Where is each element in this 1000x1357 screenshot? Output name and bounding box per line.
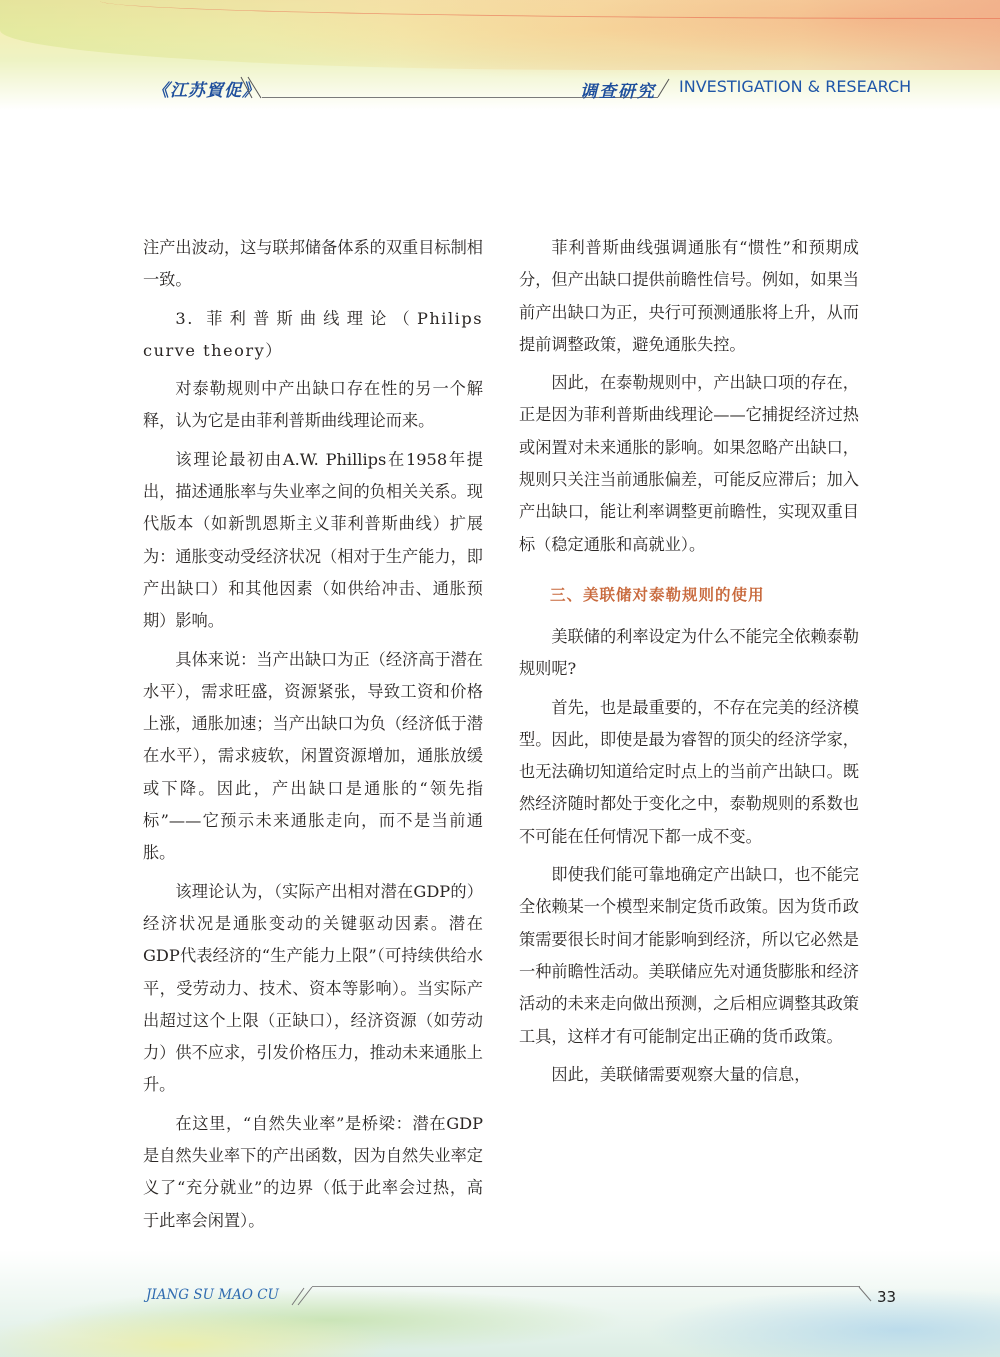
paragraph: 具体来说：当产出缺口为正（经济高于潜在水平），需求旺盛，资源紧张，导致工资和价格… (143, 644, 483, 870)
page-header: 《江苏貿促》 调查研究 INVESTIGATION & RESEARCH (0, 0, 1000, 110)
double-slash-icon (240, 76, 262, 100)
paragraph: 因此，在泰勒规则中，产出缺口项的存在，正是因为菲利普斯曲线理论——它捕捉经济过热… (519, 367, 859, 561)
paragraph: 该理论最初由A.W. Phillips在1958年提出，描述通胀率与失业率之间的… (143, 444, 483, 638)
footer-rule (312, 1286, 860, 1287)
paragraph: 即使我们能可靠地确定产出缺口，也不能完全依赖某一个模型来制定货币政策。因为货币政… (519, 859, 859, 1053)
slash-icon (858, 1286, 872, 1302)
paragraph: 因此，美联储需要观察大量的信息， (519, 1059, 859, 1091)
paragraph: 在这里，“自然失业率”是桥梁：潜在GDP是自然失业率下的产出函数，因为自然失业率… (143, 1108, 483, 1237)
paragraph: 对泰勒规则中产出缺口存在性的另一个解释，认为它是由菲利普斯曲线理论而来。 (143, 373, 483, 438)
right-column: 菲利普斯曲线强调通胀有“惯性”和预期成分，但产出缺口提供前瞻性信号。例如，如果当… (519, 232, 859, 1097)
paragraph: 美联储的利率设定为什么不能完全依赖泰勒规则呢? (519, 621, 859, 686)
left-column: 注产出波动，这与联邦储备体系的双重目标制相一致。 3. 菲利普斯曲线理论（Phi… (143, 232, 483, 1243)
slash-icon (656, 78, 670, 98)
section-name-cn: 调查研究 (580, 77, 656, 102)
section-name-en: INVESTIGATION & RESEARCH (679, 77, 911, 96)
paragraph: 注产出波动，这与联邦储备体系的双重目标制相一致。 (143, 232, 483, 297)
double-slash-icon (290, 1286, 314, 1306)
journal-name-en: JIANG SU MAO CU (146, 1287, 279, 1303)
section-heading: 三、美联储对泰勒规则的使用 (519, 579, 859, 611)
page-number: 33 (877, 1288, 896, 1306)
paragraph: 首先，也是最重要的，不存在完美的经济模型。因此，即使是最为睿智的顶尖的经济学家，… (519, 692, 859, 853)
subsection-title: 3. 菲利普斯曲线理论（Philips curve theory） (143, 303, 483, 368)
paragraph: 菲利普斯曲线强调通胀有“惯性”和预期成分，但产出缺口提供前瞻性信号。例如，如果当… (519, 232, 859, 361)
paragraph: 该理论认为，（实际产出相对潜在GDP的）经济状况是通胀变动的关键驱动因素。潜在G… (143, 876, 483, 1102)
page-footer: JIANG SU MAO CU 33 (0, 1250, 1000, 1357)
